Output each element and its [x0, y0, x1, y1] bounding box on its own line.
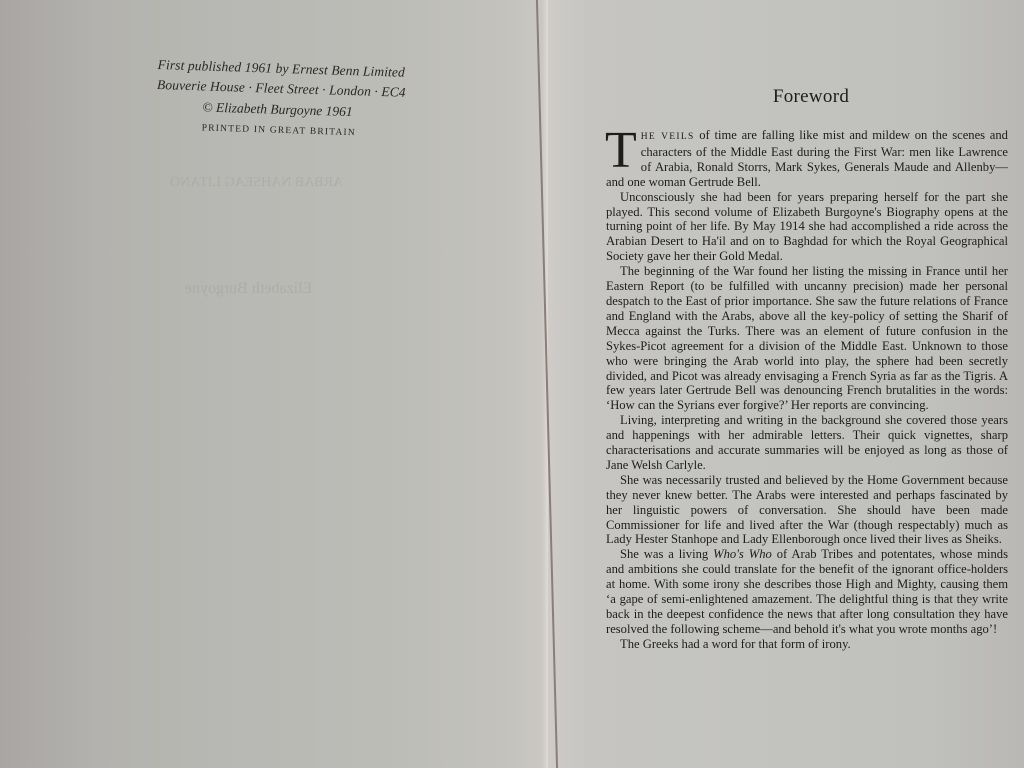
paragraph-3: The beginning of the War found her listi… — [606, 264, 1008, 413]
paragraph-6: She was a living Who's Who of Arab Tribe… — [606, 547, 1008, 636]
paragraph-2: Unconsciously she had been for years pre… — [606, 190, 1008, 265]
paragraph-1: THE VEILS of time are falling like mist … — [606, 128, 1008, 190]
show-through-text: Elizabeth Burgoyne — [185, 280, 312, 298]
foreword-body: THE VEILS of time are falling like mist … — [606, 128, 1008, 652]
copyright-imprint: First published 1961 by Ernest Benn Limi… — [155, 55, 427, 145]
foreword-title: Foreword — [606, 86, 1008, 108]
paragraph-4: Living, interpreting and writing in the … — [606, 413, 1008, 473]
foreword-section: Foreword THE VEILS of time are falling l… — [606, 86, 1008, 652]
drop-cap: T — [605, 131, 637, 173]
show-through-text: ARBAB NAHSEAG LITANO — [170, 175, 343, 191]
open-book-spread: ARBAB NAHSEAG LITANO Elizabeth Burgoyne … — [0, 0, 1024, 768]
paragraph-7: The Greeks had a word for that form of i… — [606, 637, 1008, 652]
paragraph-5: She was necessarily trusted and believed… — [606, 473, 1008, 548]
italic-title: Who's Who — [713, 547, 772, 561]
left-page-imprint: ARBAB NAHSEAG LITANO Elizabeth Burgoyne … — [0, 0, 548, 768]
lead-small-caps: HE VEILS — [641, 132, 695, 142]
